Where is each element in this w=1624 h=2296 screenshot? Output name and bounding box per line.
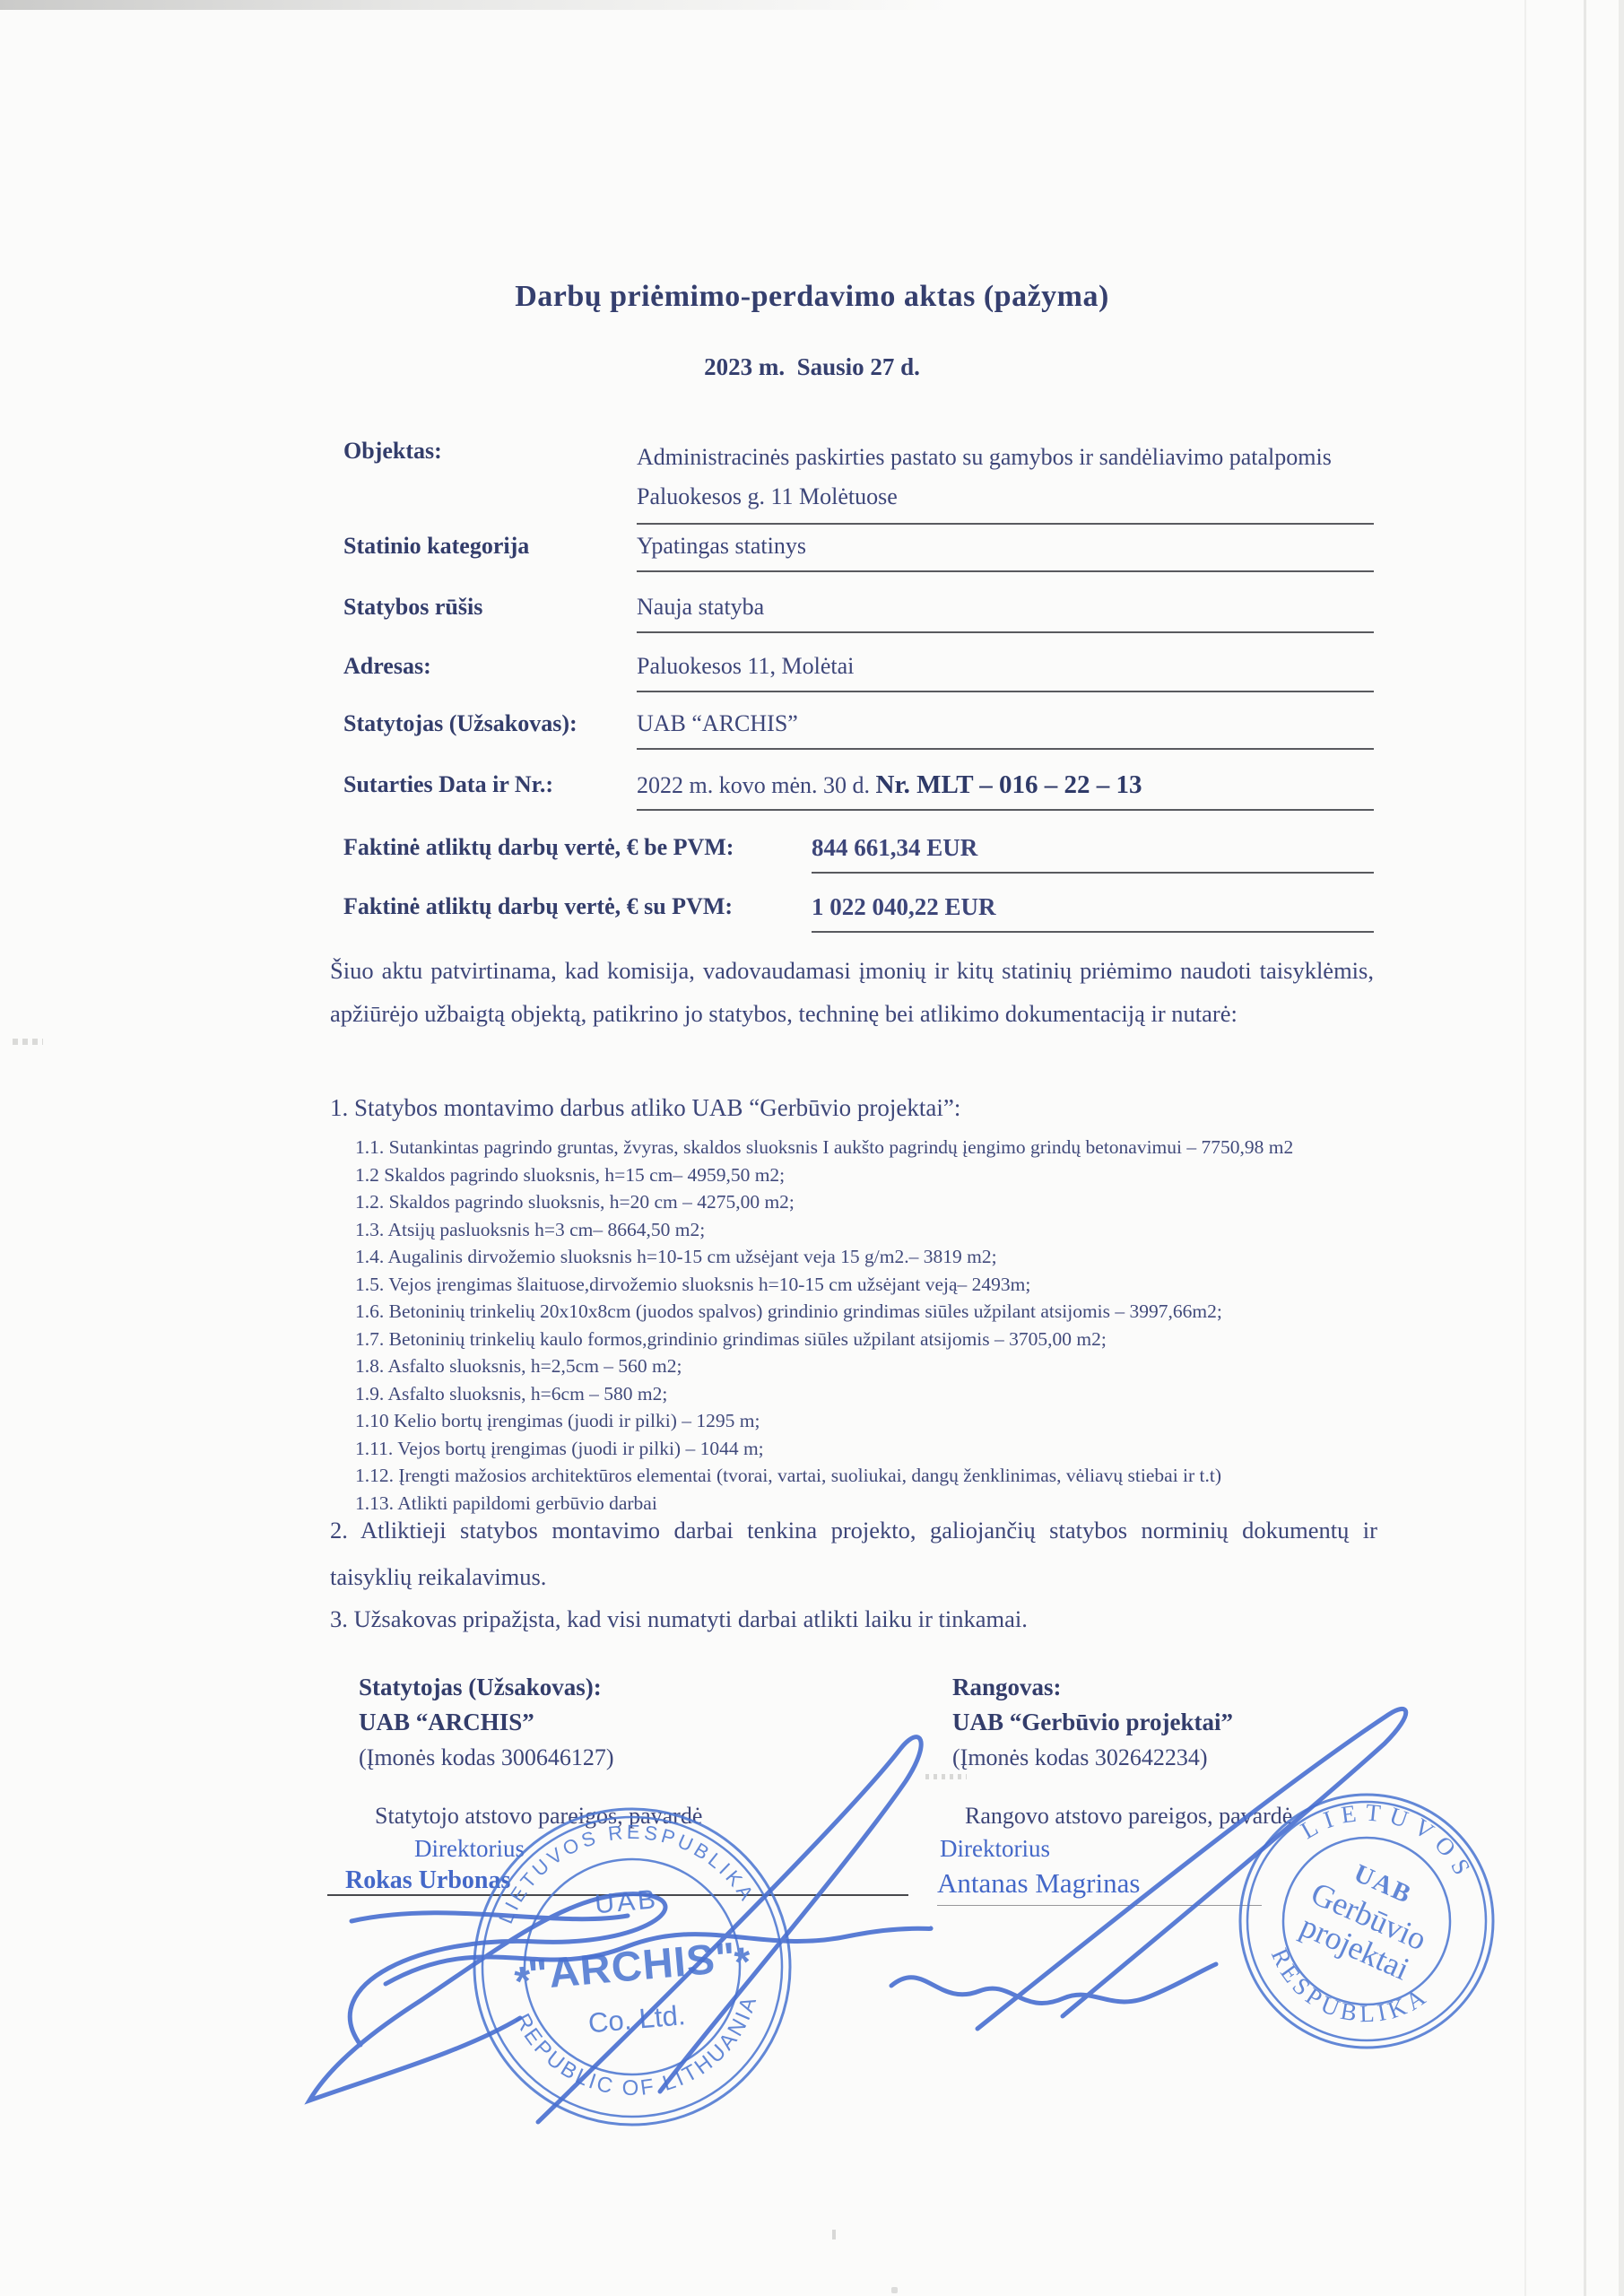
scan-edge-line <box>1524 0 1526 2296</box>
field-label: Statytojas (Užsakovas): <box>343 710 578 737</box>
work-item: 1.8. Asfalto sluoksnis, h=2,5cm – 560 m2… <box>355 1352 1377 1380</box>
field-label: Adresas: <box>343 653 431 680</box>
party-label: Rangovas: <box>952 1670 1526 1705</box>
work-item: 1.1. Sutankintas pagrindo gruntas, žvyra… <box>355 1134 1377 1161</box>
field-label: Faktinė atliktų darbų vertė, € su PVM: <box>343 893 733 920</box>
field-label: Statybos rūšis <box>343 594 482 621</box>
signature-line-contractor <box>937 1905 1262 1906</box>
work-item: 1.3. Atsijų pasluoksnis h=3 cm– 8664,50 … <box>355 1216 1377 1244</box>
work-item: 1.7. Betoninių trinkelių kaulo formos,gr… <box>355 1326 1377 1353</box>
work-items-list: 1.1. Sutankintas pagrindo gruntas, žvyra… <box>355 1134 1377 1517</box>
work-item: 1.4. Augalinis dirvožemio sluoksnis h=10… <box>355 1243 1377 1271</box>
contractor-signature-stroke <box>891 1964 1216 2004</box>
item-2-text: 2. Atliktieji statybos montavimo darbai … <box>330 1507 1377 1600</box>
document-date: 2023 m. Sausio 27 d. <box>0 353 1624 381</box>
company-name: UAB “Gerbūvio projektai” <box>952 1705 1526 1740</box>
company-code: (Įmonės kodas 300646127) <box>359 1740 897 1775</box>
work-item: 1.12. Įrengti mažosios architektūros ele… <box>355 1462 1377 1490</box>
field-value: Nauja statyba <box>637 594 1374 633</box>
company-name: UAB “ARCHIS” <box>359 1705 897 1740</box>
field-value: 844 661,34 EUR <box>812 834 1374 874</box>
stamp-company-text: "ARCHIS" <box>526 1933 738 1998</box>
work-item: 1.9. Asfalto sluoksnis, h=6cm – 580 m2; <box>355 1380 1377 1408</box>
field-label: Sutarties Data ir Nr.: <box>343 771 553 798</box>
contract-date: 2022 m. kovo mėn. 30 d. <box>637 772 876 798</box>
scan-margin-mark <box>13 1039 43 1045</box>
stamp-uab-text: UAB <box>594 1884 659 1919</box>
party-label: Statytojas (Užsakovas): <box>359 1670 897 1705</box>
stamp-star-right: * <box>733 1938 752 1986</box>
scan-smudge-top <box>0 0 951 10</box>
confirmation-paragraph: Šiuo aktu patvirtinama, kad komisija, va… <box>330 949 1374 1035</box>
company-code: (Įmonės kodas 302642234) <box>952 1740 1526 1775</box>
field-value: Administracinės paskirties pastato su ga… <box>637 438 1374 525</box>
contract-number: Nr. MLT – 016 – 22 – 13 <box>876 770 1142 799</box>
work-item: 1.10 Kelio bortų įrengimas (juodi ir pil… <box>355 1407 1377 1435</box>
field-value: Paluokesos 11, Molėtai <box>637 653 1374 692</box>
scan-speck <box>891 2287 898 2293</box>
gerbuvio-stamp: LIETUVOS RESPUBLIKA UAB Gerbūvio projekt… <box>1234 1788 1499 2054</box>
scan-speck <box>832 2230 836 2239</box>
field-value: 1 022 040,22 EUR <box>812 893 1374 933</box>
field-value: 2022 m. kovo mėn. 30 d. Nr. MLT – 016 – … <box>637 771 1374 811</box>
field-label: Objektas: <box>343 438 442 465</box>
work-item: 1.6. Betoninių trinkelių 20x10x8cm (juod… <box>355 1298 1377 1326</box>
field-label: Faktinė atliktų darbų vertė, € be PVM: <box>343 834 734 861</box>
item-1-heading: 1. Statybos montavimo darbus atliko UAB … <box>330 1094 1388 1122</box>
item-3-text: 3. Užsakovas pripažįsta, kad visi numaty… <box>330 1605 1406 1633</box>
work-item: 1.5. Vejos įrengimas šlaituose,dirvožemi… <box>355 1271 1377 1299</box>
archis-stamp: LIETUVOS RESPUBLIKA REPUBLIC OF LITHUANI… <box>466 1801 798 2133</box>
work-item: 1.2. Skaldos pagrindo sluoksnis, h=20 cm… <box>355 1188 1377 1216</box>
scanned-document-page: Darbų priėmimo-perdavimo aktas (pažyma) … <box>0 0 1624 2296</box>
scan-edge-strip <box>1619 0 1624 2296</box>
field-value: Ypatingas statinys <box>637 533 1374 572</box>
stamp-coltd-text: Co. Ltd. <box>586 1999 686 2039</box>
field-value: UAB “ARCHIS” <box>637 710 1374 750</box>
work-item: 1.2 Skaldos pagrindo sluoksnis, h=15 cm–… <box>355 1161 1377 1189</box>
document-title: Darbų priėmimo-perdavimo aktas (pažyma) <box>0 280 1624 314</box>
scan-edge-line <box>1584 0 1586 2296</box>
work-item: 1.11. Vejos bortų įrengimas (juodi ir pi… <box>355 1435 1377 1463</box>
field-label: Statinio kategorija <box>343 533 529 560</box>
